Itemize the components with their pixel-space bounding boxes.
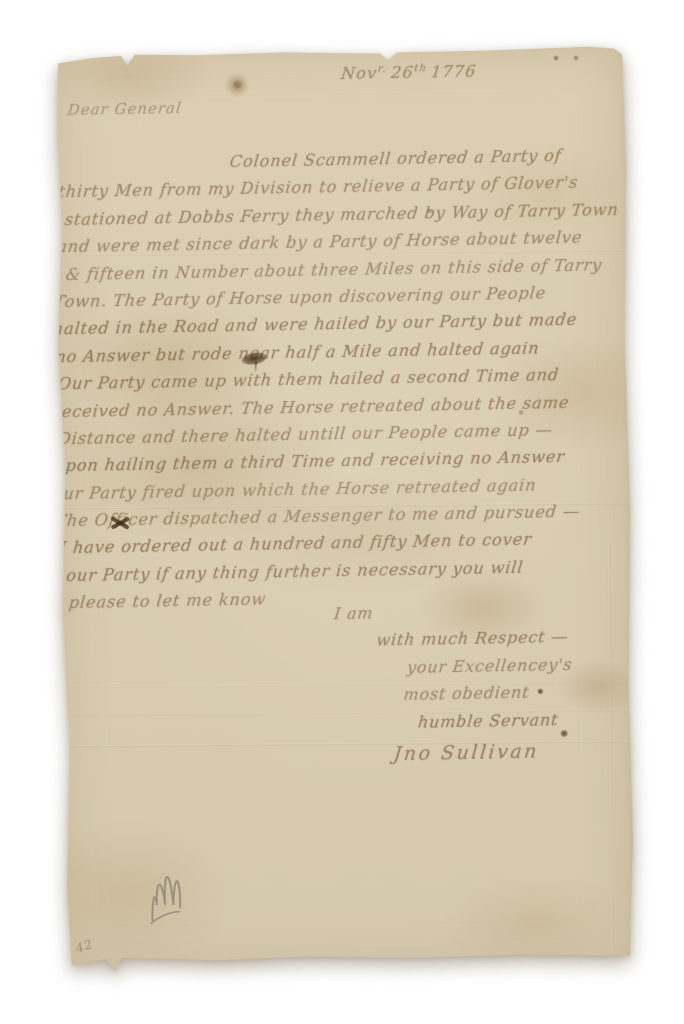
signature: Jno Sullivan (393, 740, 540, 765)
ink-x-mark (110, 514, 130, 530)
letter-sheet: Novr. 26th 1776 Dear General Colonel Sca… (48, 41, 636, 976)
ink-spot (537, 688, 543, 694)
letter-date: Novr. 26th 1776 (340, 61, 477, 83)
letter-body: Colonel Scammell ordered a Party ofthirt… (55, 145, 633, 621)
closing-line: most obedient (402, 681, 639, 713)
letter-photo: Novr. 26th 1776 Dear General Colonel Sca… (48, 41, 636, 976)
letter-closing: I amwith much Respect —your Excellencey'… (54, 599, 636, 747)
handwriting-layer: Novr. 26th 1776 Dear General Colonel Sca… (44, 39, 641, 979)
letter-salutation: Dear General (67, 99, 183, 119)
margin-ink-mark (52, 242, 61, 254)
closing-line: humble Servant (416, 708, 639, 739)
photo-background: { "colors": { "background": "#ffffff", "… (0, 0, 684, 1024)
